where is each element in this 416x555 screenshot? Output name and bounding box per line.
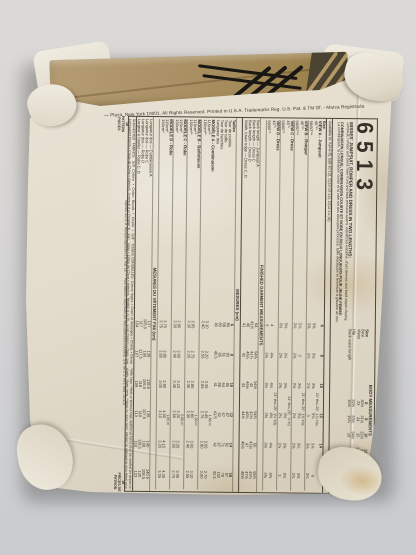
table-cell: 3.35: [157, 459, 162, 489]
notes-column-french: TISSUS CONSEILLÉS: Cotons légers • Coton…: [127, 243, 133, 364]
table-cell: 2.75: [199, 400, 204, 430]
row-label: Waist: [355, 329, 360, 395]
table-cell: 3¼: [264, 370, 269, 400]
section-title: VIEW D - Dress: [275, 120, 280, 150]
table-cell: 2.55: [185, 459, 190, 489]
table-cell: 3⅜: [296, 461, 301, 491]
section-note: 21" thru 25", 1⅞ Yds.: [314, 393, 319, 427]
table-cell: 3⅛: [265, 340, 270, 370]
table-cell: 4⅛: [269, 340, 274, 370]
table-cell: 40: [213, 310, 218, 340]
table-cell: 2½: [292, 371, 297, 401]
table-cell: 42: [212, 430, 217, 460]
mesures-rows: Tailles6810121416Tour de poitrine8083858…: [212, 118, 237, 492]
table-cell: 3⅜: [283, 370, 288, 400]
section-title: VIEW A - Jumpsuit: [317, 121, 322, 158]
envelope-back: — Plaza, New York 10001. All Rights Rese…: [24, 53, 394, 498]
table-cell: 2.10: [186, 309, 191, 339]
table-cell: 43: [240, 370, 245, 400]
table-cell: 42: [241, 340, 246, 370]
table-cell: 3.20: [157, 429, 162, 459]
table-cell: 109: [134, 369, 139, 399]
row-label: Bust: [360, 329, 365, 395]
section-title: MODÈLE C - Robe: [182, 119, 187, 155]
table-cell: 2.30: [185, 369, 190, 399]
table-cell: 3⅛: [296, 401, 301, 431]
table-cell: 113: [133, 399, 138, 429]
table-cell: 2⅝: [307, 311, 312, 341]
pattern-pieces-count-french: 18 PIÈCES DE PATRON: [113, 472, 125, 491]
metrage-chart: MODÈLE A - Combinaison1.80 m115cm**3.103…: [156, 117, 216, 492]
table-cell: 2¾: [291, 460, 296, 490]
table-cell: 3⅝: [263, 460, 268, 490]
pattern-number-block: 6513 MISSES' JUMPSUIT, ROMPER AND DRESS …: [331, 119, 377, 337]
table-cell: 44½: [240, 400, 245, 430]
table-cell: 6: [320, 311, 325, 341]
table-cell: 41: [241, 310, 246, 340]
table-cell: 3: [277, 460, 282, 490]
table-cell: 3½: [282, 400, 287, 430]
pattern-chart: 6513 MISSES' JUMPSUIT, ROMPER AND DRESS …: [110, 114, 380, 497]
table-cell: 2.40: [172, 339, 177, 369]
table-cell: 8: [320, 341, 325, 371]
table-cell: 4¼: [269, 370, 274, 400]
table-cell: 3⅜: [264, 400, 269, 430]
table-cell: 3: [297, 341, 302, 371]
table-cell: 40.5: [213, 340, 218, 370]
table-cell: 3: [306, 401, 311, 431]
section-title: VIEW C - Dress: [289, 120, 294, 150]
table-cell: 4⅜: [268, 400, 273, 430]
table-cell: 2.85: [158, 339, 163, 369]
table-cell: 4½: [268, 430, 273, 460]
notes-column-nap: *With Nap. **With or Without Nap. Additi…: [126, 368, 132, 489]
table-cell: 42.5: [212, 460, 217, 490]
chart-frame: 6513 MISSES' JUMPSUIT, ROMPER AND DRESS …: [124, 116, 378, 495]
table-cell: 3¼: [296, 431, 301, 461]
table-cell: 2.30: [185, 399, 190, 429]
table-cell: 2¾: [278, 400, 283, 430]
table-cell: 3.10: [157, 399, 162, 429]
table-cell: 107: [134, 339, 139, 369]
table-cell: 2.55: [200, 340, 205, 370]
table-cell: 2⅞: [278, 430, 283, 460]
table-cell: 2⅝: [292, 430, 297, 460]
section-note: 21" thru 25", ⅞ Yd.: [286, 396, 291, 426]
table-cell: 2⅝: [278, 370, 283, 400]
table-cell: 2.30: [172, 309, 177, 339]
table-cell: 4⅝: [268, 460, 273, 490]
table-cell: 3⅞: [310, 431, 315, 461]
table-cell: 10: [319, 371, 324, 401]
table-cell: 3¾: [310, 401, 315, 431]
title-description: Jumpsuit, romper and dress have front an…: [343, 122, 349, 334]
title-description-french: La combinaison, la combinaison courte et…: [334, 122, 340, 334]
table-cell: 41: [212, 370, 217, 400]
table-cell: 2.20: [186, 339, 191, 369]
table-cell: 3¼: [283, 340, 288, 370]
notes-column-english: SUGGESTED FABRICS: Soft Cottons • Cotton…: [129, 119, 135, 240]
row-label: Hip: [351, 329, 356, 395]
table-cell: 2⅞: [297, 311, 302, 341]
section-note: 21" thru 25", 1⅛ Yds.: [272, 392, 277, 426]
table-cell: 3½: [311, 341, 316, 371]
table-cell: 3⅜: [311, 311, 316, 341]
table-cell: 2.65: [171, 429, 176, 459]
chart-header-band: 6513 MISSES' JUMPSUIT, ROMPER AND DRESS …: [328, 119, 377, 493]
section-note: 21" thru 25", 1⅜ Yds.: [300, 393, 305, 427]
table-cell: 12: [319, 401, 324, 431]
table-cell: 123: [133, 459, 138, 489]
pattern-envelope-photo: — Plaza, New York 10001. All Rights Rese…: [0, 0, 416, 555]
section-title: MODÈLE B - Barboteuse: [196, 119, 201, 168]
pattern-number: 6513: [350, 122, 376, 334]
table-cell: 4: [269, 310, 274, 340]
table-cell: 104: [134, 309, 139, 339]
table-cell: 2.75: [171, 459, 176, 489]
table-cell: 3⅝: [282, 430, 287, 460]
row-label: Back waist length: [347, 329, 352, 395]
table-cell: 2⅜: [293, 341, 298, 371]
table-cell: 2.40: [200, 310, 205, 340]
pattern-pieces-count-english: 18 PATTERN PIECES: [116, 116, 128, 133]
yardage-chart: VIEW A - Jumpsuit21" thru 25", 1⅞ Yds.45…: [262, 118, 322, 493]
table-cell: 2.55: [171, 399, 176, 429]
table-cell: 118: [133, 429, 138, 459]
table-cell: 2.40: [185, 429, 190, 459]
table-cell: 48½: [240, 460, 245, 490]
section-title: MODÈLE A - Combinaison: [210, 120, 215, 172]
table-cell: 2¼: [293, 311, 298, 341]
table-cell: 3.00: [157, 369, 162, 399]
table-cell: 3⅝: [311, 371, 316, 401]
table-cell: 2.65: [199, 370, 204, 400]
table-cell: 46½: [240, 430, 245, 460]
table-cell: 2⅞: [306, 371, 311, 401]
table-cell: 2½: [292, 401, 297, 431]
table-cell: 3¼: [305, 461, 310, 491]
table-cell: 16: [347, 427, 351, 443]
table-cell: 2½: [279, 310, 284, 340]
table-cell: 2.90: [199, 430, 204, 460]
table-cell: 3: [265, 310, 270, 340]
table-cell: 3.00: [199, 460, 204, 490]
section-title: MODÈLE D - Robe: [168, 119, 173, 155]
section-title: VIEW B - Romper: [303, 121, 308, 155]
table-cell: 15½: [347, 395, 351, 411]
table-cell: 3⅛: [306, 431, 311, 461]
table-cell: 2.45: [171, 369, 176, 399]
table-cell: 2⅝: [279, 340, 284, 370]
table-cell: 15¾: [347, 411, 351, 427]
table-cell: 3¾: [282, 460, 287, 490]
table-cell: 4: [310, 461, 315, 491]
table-cell: 41.5: [212, 400, 217, 430]
table-cell: 3½: [264, 430, 269, 460]
row-label: Size: [364, 329, 369, 395]
table-cell: 2¾: [307, 341, 312, 371]
table-cell: 3⅛: [297, 371, 302, 401]
table-cell: 2.75: [158, 309, 163, 339]
table-cell: 3⅛: [283, 310, 288, 340]
